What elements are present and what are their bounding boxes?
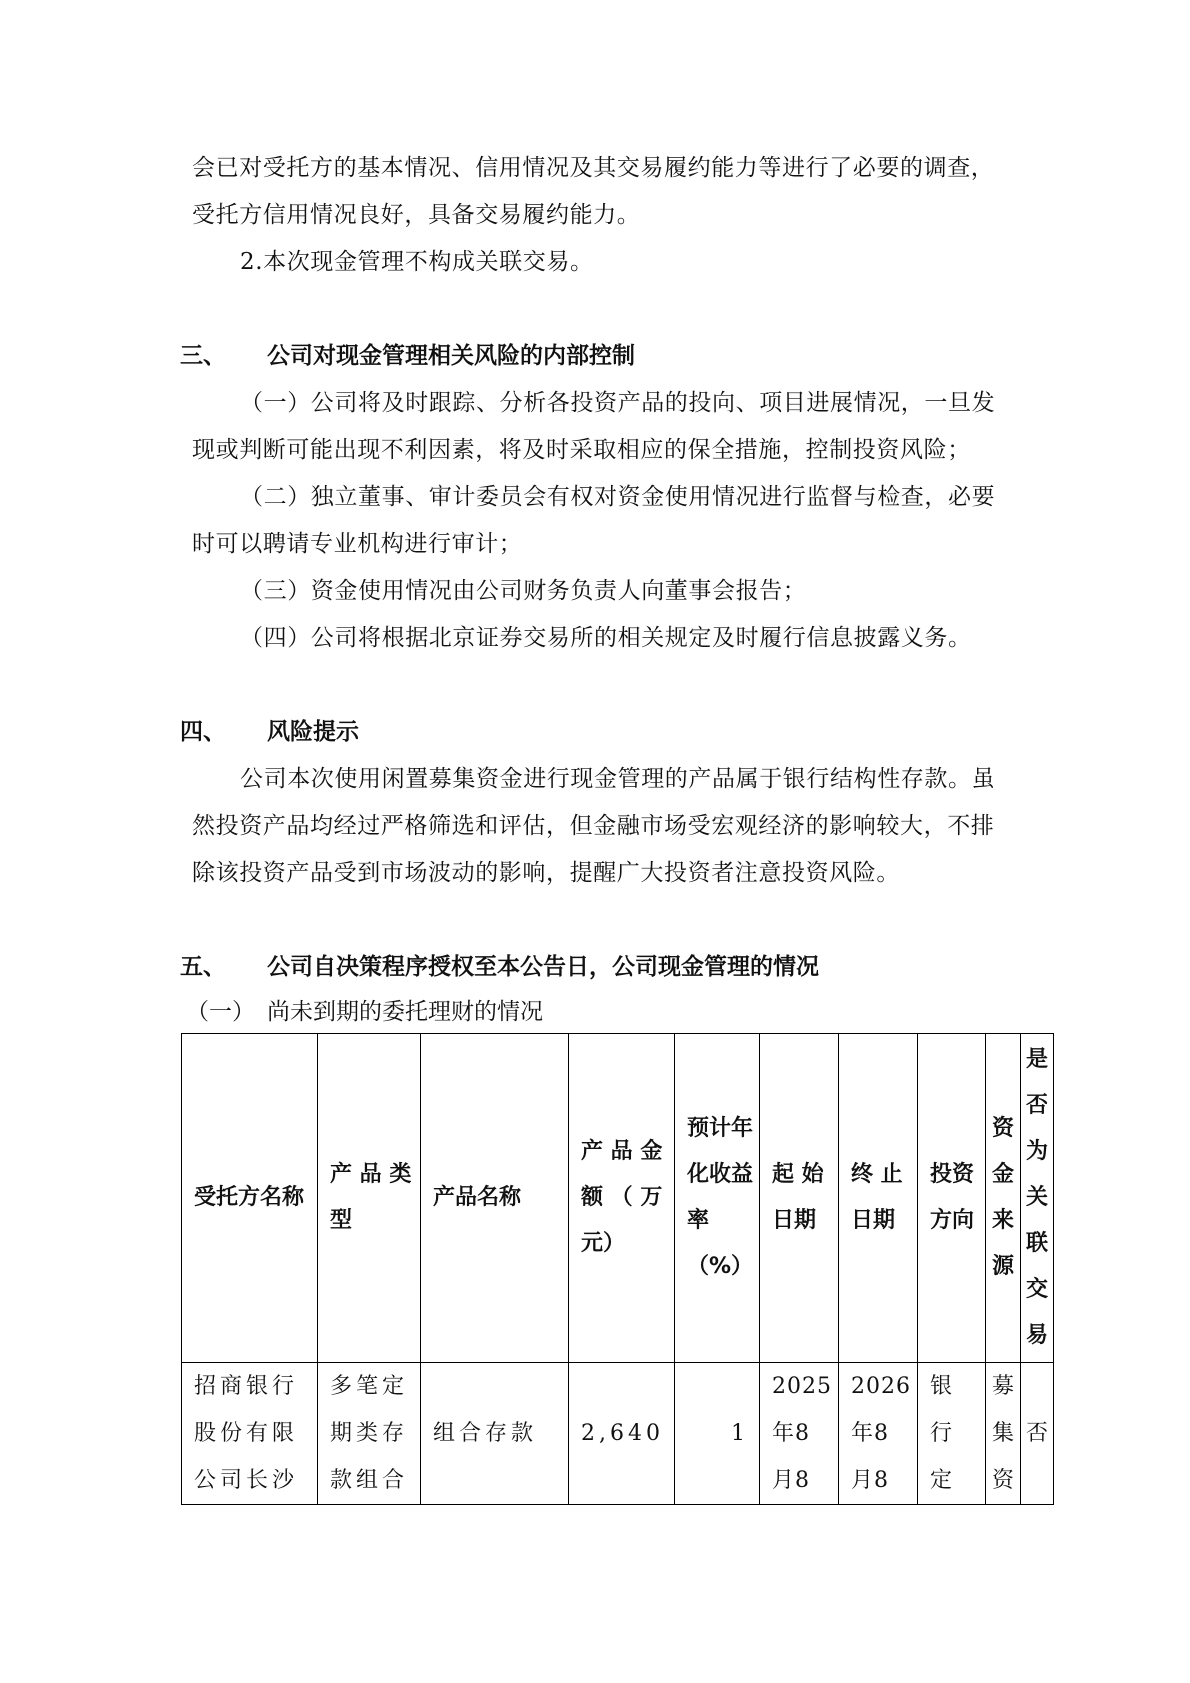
section-heading-4: 四、风险提示 (180, 717, 359, 747)
section-title: 风险提示 (267, 719, 359, 745)
section-number: 五、 (180, 952, 267, 982)
cell-fund-source: 募集资 (986, 1363, 1021, 1505)
subsection-heading: （一）尚未到期的委托理财的情况 (186, 997, 543, 1027)
section-number: 三、 (180, 341, 267, 371)
text-line: 会已对受托方的基本情况、信用情况及其交易履约能力等进行了必要的调查， (192, 153, 994, 183)
cell-product-type: 多笔定期类存款组合 (318, 1363, 421, 1505)
text-line: （二）独立董事、审计委员会有权对资金使用情况进行监督与检查，必要 (240, 482, 995, 512)
cell-fund-source-text: 募集资 (992, 1363, 1014, 1504)
header-fund-source-text: 资金来源 (992, 1106, 1014, 1290)
cell-related-party-text: 否 (1026, 1410, 1048, 1457)
header-end-date: 终 止 日期 (839, 1034, 918, 1363)
header-related-party-text: 是否为关联交易 (1026, 1037, 1048, 1359)
table-row: 招商银行股份有限公司长沙 多笔定期类存款组合 组合存款 2,640 1 2025… (182, 1363, 1054, 1505)
header-product-name: 产品名称 (421, 1034, 569, 1363)
header-related-party: 是否为关联交易 (1021, 1034, 1054, 1363)
cell-amount: 2,640 (569, 1363, 675, 1505)
section-title: 公司对现金管理相关风险的内部控制 (267, 343, 635, 369)
header-fund-source: 资金来源 (986, 1034, 1021, 1363)
text-line: （四）公司将根据北京证券交易所的相关规定及时履行信息披露义务。 (240, 623, 972, 653)
cell-expected-yield: 1 (674, 1363, 759, 1505)
header-amount: 产 品 金 额 （ 万 元） (569, 1034, 675, 1363)
subsection-number: （一） (186, 997, 267, 1027)
header-trustee: 受托方名称 (182, 1034, 318, 1363)
header-start-date: 起 始 日期 (760, 1034, 839, 1363)
section-heading-3: 三、公司对现金管理相关风险的内部控制 (180, 341, 635, 371)
text-line: 除该投资产品受到市场波动的影响，提醒广大投资者注意投资风险。 (192, 858, 900, 888)
cell-start-date: 2025年8月8 (760, 1363, 839, 1505)
text-line: 受托方信用情况良好，具备交易履约能力。 (192, 200, 640, 230)
cell-direction: 银行定 (918, 1363, 986, 1505)
paragraph-no-related-transaction: 2.本次现金管理不构成关联交易。 (240, 247, 594, 277)
header-expected-yield: 预计年化收益率（%） (674, 1034, 759, 1363)
header-direction: 投资 方向 (918, 1034, 986, 1363)
text-line: （一）公司将及时跟踪、分析各投资产品的投向、项目进展情况，一旦发 (240, 388, 995, 418)
header-product-type: 产 品 类 型 (318, 1034, 421, 1363)
text-line: 然投资产品均经过严格筛选和评估，但金融市场受宏观经济的影响较大，不排 (192, 811, 994, 841)
cell-related-party: 否 (1021, 1363, 1054, 1505)
wealth-management-table: 受托方名称 产 品 类 型 产品名称 产 品 金 额 （ 万 元） 预计年化收益… (181, 1033, 1054, 1505)
cell-trustee: 招商银行股份有限公司长沙 (182, 1363, 318, 1505)
cell-end-date: 2026年8月8 (839, 1363, 918, 1505)
text-line: 公司本次使用闲置募集资金进行现金管理的产品属于银行结构性存款。虽 (240, 764, 995, 794)
table-header-row: 受托方名称 产 品 类 型 产品名称 产 品 金 额 （ 万 元） 预计年化收益… (182, 1034, 1054, 1363)
text-line: 时可以聘请专业机构进行审计； (192, 529, 522, 559)
text-line: 现或判断可能出现不利因素，将及时采取相应的保全措施，控制投资风险； (192, 435, 971, 465)
section-number: 四、 (180, 717, 267, 747)
section-heading-5: 五、公司自决策程序授权至本公告日，公司现金管理的情况 (180, 952, 819, 982)
cell-product-name: 组合存款 (421, 1363, 569, 1505)
section-title: 公司自决策程序授权至本公告日，公司现金管理的情况 (267, 954, 819, 980)
text-line: （三）资金使用情况由公司财务负责人向董事会报告； (240, 576, 806, 606)
subsection-title: 尚未到期的委托理财的情况 (267, 999, 543, 1025)
